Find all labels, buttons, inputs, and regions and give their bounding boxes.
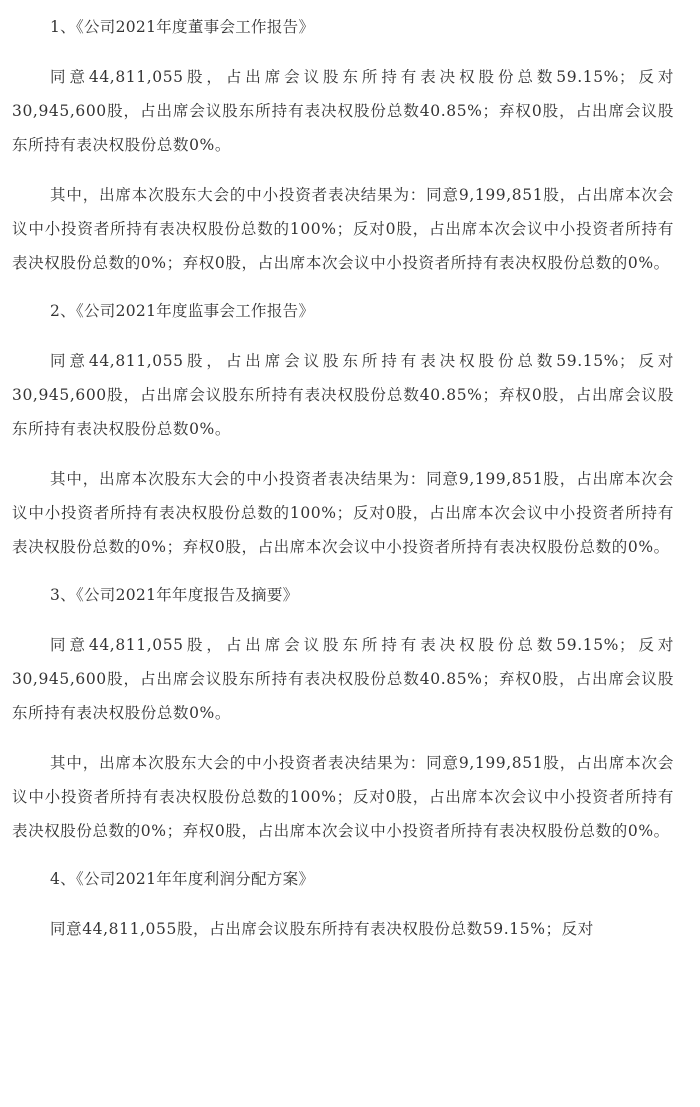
resolution-section-2: 2、《公司2021年度监事会工作报告》 同意44,811,055股，占出席会议股… (12, 296, 674, 564)
resolution-heading: 2、《公司2021年度监事会工作报告》 (12, 296, 674, 326)
resolution-section-4: 4、《公司2021年年度利润分配方案》 同意44,811,055股，占出席会议股… (12, 864, 674, 946)
minority-vote-result: 其中，出席本次股东大会的中小投资者表决结果为：同意9,199,851股，占出席本… (12, 178, 674, 280)
minority-vote-result: 其中，出席本次股东大会的中小投资者表决结果为：同意9,199,851股，占出席本… (12, 746, 674, 848)
resolution-section-1: 1、《公司2021年度董事会工作报告》 同意44,811,055股，占出席会议股… (12, 12, 674, 280)
resolution-section-3: 3、《公司2021年年度报告及摘要》 同意44,811,055股，占出席会议股东… (12, 580, 674, 848)
overall-vote-result: 同意44,811,055股，占出席会议股东所持有表决权股份总数59.15%；反对… (12, 344, 674, 446)
resolution-heading: 1、《公司2021年度董事会工作报告》 (12, 12, 674, 42)
overall-vote-result: 同意44,811,055股，占出席会议股东所持有表决权股份总数59.15%；反对 (12, 912, 674, 946)
overall-vote-result: 同意44,811,055股，占出席会议股东所持有表决权股份总数59.15%；反对… (12, 628, 674, 730)
document-page: 1、《公司2021年度董事会工作报告》 同意44,811,055股，占出席会议股… (12, 12, 674, 962)
resolution-heading: 3、《公司2021年年度报告及摘要》 (12, 580, 674, 610)
overall-vote-result: 同意44,811,055股，占出席会议股东所持有表决权股份总数59.15%；反对… (12, 60, 674, 162)
resolution-heading: 4、《公司2021年年度利润分配方案》 (12, 864, 674, 894)
minority-vote-result: 其中，出席本次股东大会的中小投资者表决结果为：同意9,199,851股，占出席本… (12, 462, 674, 564)
